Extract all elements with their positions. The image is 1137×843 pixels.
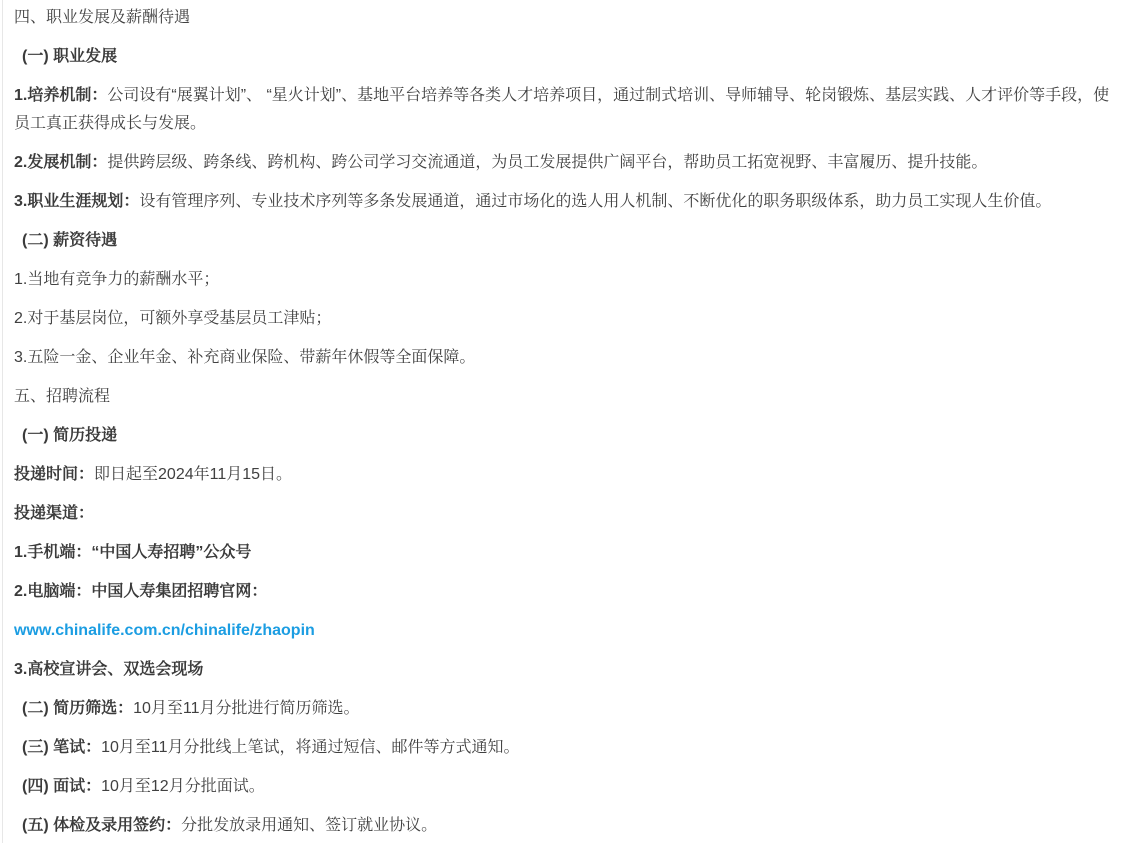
step-resume-screening-label: (二) 简历筛选： [22,700,133,717]
channel-campus: 3.高校宣讲会、双选会现场 [14,656,1125,684]
salary-item-insurance-benefits: 3.五险一金、企业年金、补充商业保险、带薪年休假等全面保障。 [14,344,1125,372]
section-heading-recruitment-process: 五、招聘流程 [14,383,1125,411]
section-heading-career-compensation: 四、职业发展及薪酬待遇 [14,4,1125,32]
paragraph-training-mechanism-label: 1.培养机制： [14,87,107,104]
step-written-test-label: (三) 笔试： [22,739,101,756]
step-interview-text: 10月至12月分批面试。 [101,778,265,795]
step-written-test: (三) 笔试：10月至11月分批线上笔试，将通过短信、邮件等方式通知。 [14,734,1125,762]
channel-pc: 2.电脑端：中国人寿集团招聘官网： [14,578,1125,606]
paragraph-career-planning-text: 设有管理序列、专业技术序列等多条发展通道，通过市场化的选人用人机制、不断优化的职… [139,193,1051,210]
paragraph-career-planning: 3.职业生涯规划：设有管理序列、专业技术序列等多条发展通道，通过市场化的选人用人… [14,188,1125,216]
paragraph-delivery-time: 投递时间：即日起至2024年11月15日。 [14,461,1125,489]
salary-item-competitive-pay: 1.当地有竞争力的薪酬水平； [14,266,1125,294]
job-posting-document: 四、职业发展及薪酬待遇 (一) 职业发展 1.培养机制：公司设有“展翼计划”、 … [2,0,1137,843]
delivery-time-label: 投递时间： [14,466,94,483]
paragraph-development-mechanism: 2.发展机制：提供跨层级、跨条线、跨机构、跨公司学习交流通道，为员工发展提供广阔… [14,149,1125,177]
paragraph-development-mechanism-label: 2.发展机制： [14,154,107,171]
subsection-heading-salary-benefits: (二) 薪资待遇 [14,227,1125,255]
step-medical-offer-text: 分批发放录用通知、签订就业协议。 [181,817,437,834]
step-medical-offer-label: (五) 体检及录用签约： [22,817,181,834]
paragraph-development-mechanism-text: 提供跨层级、跨条线、跨机构、跨公司学习交流通道，为员工发展提供广阔平台，帮助员工… [107,154,987,171]
step-written-test-text: 10月至11月分批线上笔试，将通过短信、邮件等方式通知。 [101,739,519,756]
paragraph-training-mechanism: 1.培养机制：公司设有“展翼计划”、 “星火计划”、基地平台培养等各类人才培养项… [14,82,1125,138]
channel-mobile: 1.手机端：“中国人寿招聘”公众号 [14,539,1125,567]
paragraph-training-mechanism-text: 公司设有“展翼计划”、 “星火计划”、基地平台培养等各类人才培养项目，通过制式培… [14,87,1109,132]
step-resume-screening-text: 10月至11月分批进行简历筛选。 [133,700,359,717]
step-medical-offer: (五) 体检及录用签约：分批发放录用通知、签订就业协议。 [14,812,1125,840]
salary-item-grassroots-allowance: 2.对于基层岗位，可额外享受基层员工津贴； [14,305,1125,333]
paragraph-recruit-link: www.chinalife.com.cn/chinalife/zhaopin [14,617,1125,645]
subsection-heading-career-development: (一) 职业发展 [14,43,1125,71]
step-resume-screening: (二) 简历筛选：10月至11月分批进行简历筛选。 [14,695,1125,723]
recruitment-website-link[interactable]: www.chinalife.com.cn/chinalife/zhaopin [14,622,315,639]
step-interview-label: (四) 面试： [22,778,101,795]
subsection-heading-resume-submission: (一) 简历投递 [14,422,1125,450]
delivery-time-value: 即日起至2024年11月15日。 [94,466,292,483]
channels-label: 投递渠道： [14,500,1125,528]
step-interview: (四) 面试：10月至12月分批面试。 [14,773,1125,801]
paragraph-career-planning-label: 3.职业生涯规划： [14,193,139,210]
